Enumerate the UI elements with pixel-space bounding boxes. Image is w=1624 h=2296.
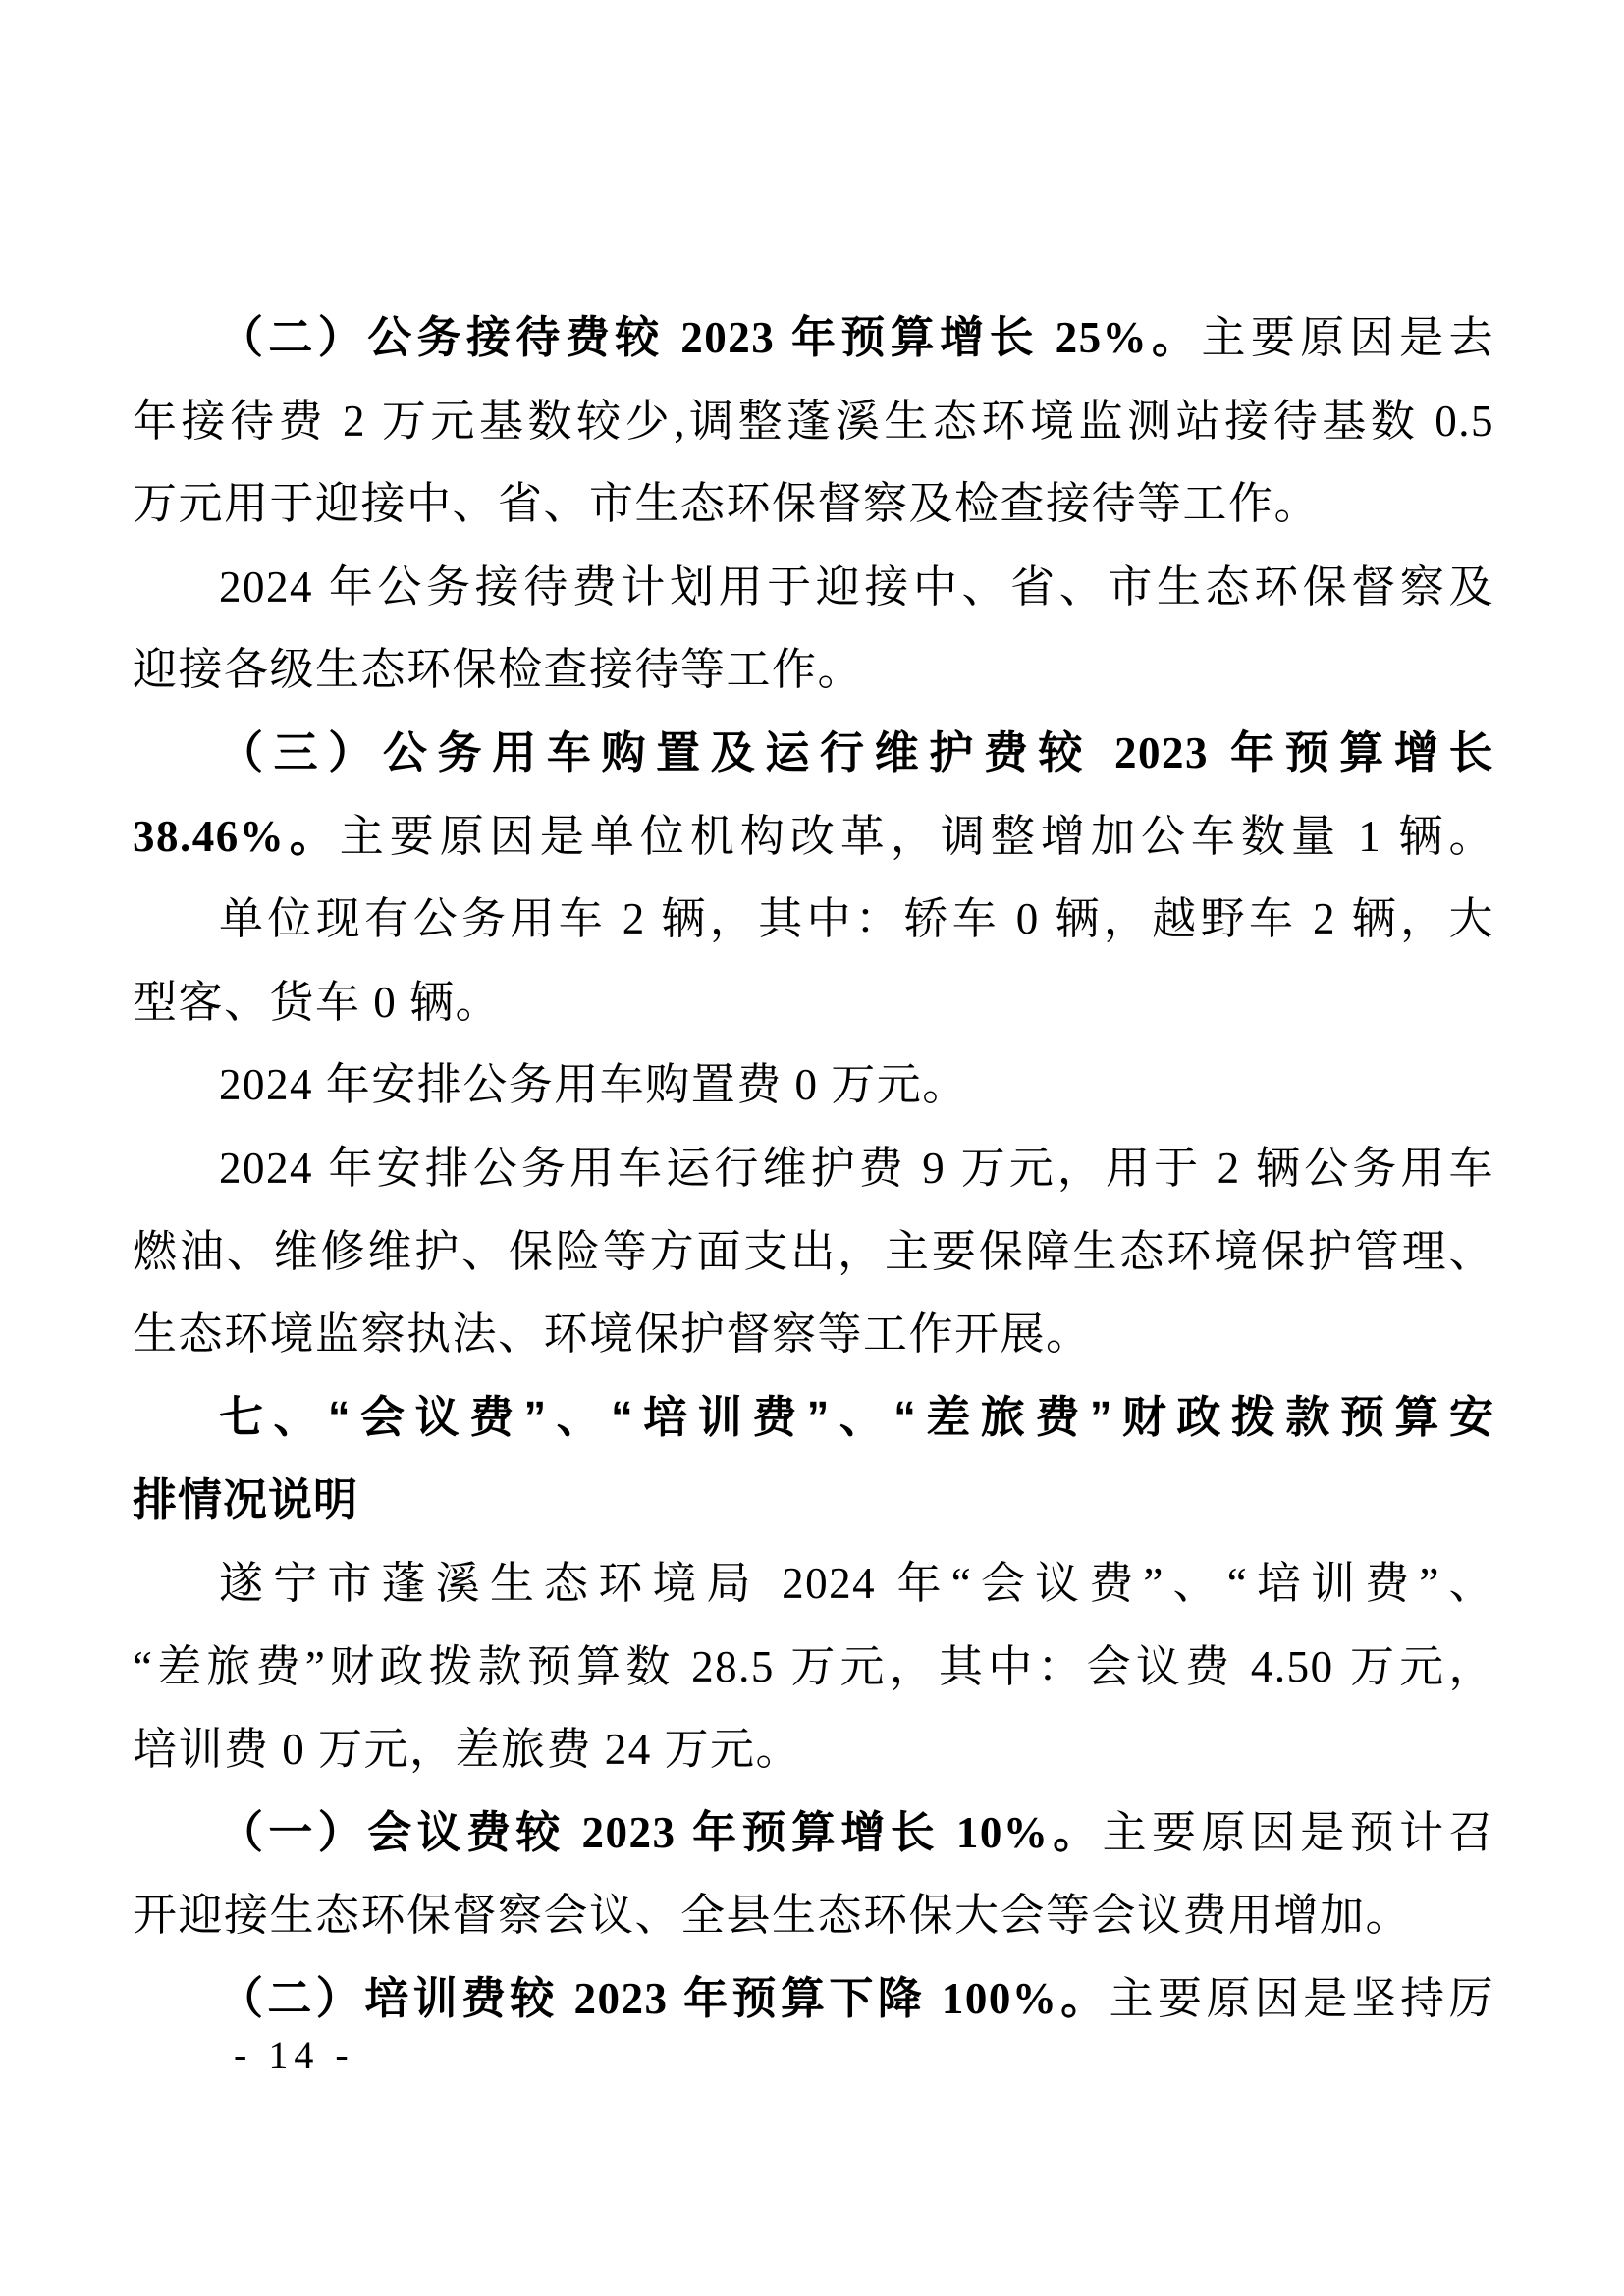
text-segment: （三）公务用车购置及运行维护费较 2023 年预算增长: [219, 728, 1494, 777]
text-line: 单位现有公务用车 2 辆，其中：轿车 0 辆，越野车 2 辆，大: [133, 878, 1494, 961]
text-segment: 主要原因是坚持厉: [1110, 1974, 1494, 2023]
text-line: 迎接各级生态环保检查接待等工作。: [133, 628, 1494, 712]
text-segment: 培训费 0 万元，差旅费 24 万元。: [133, 1725, 801, 1774]
text-line: 型客、货车 0 辆。: [133, 961, 1494, 1044]
text-line: 遂宁市蓬溪生态环境局 2024 年“会议费”、“培训费”、: [133, 1542, 1494, 1626]
text-line: 年接待费 2 万元基数较少,调整蓬溪生态环境监测站接待基数 0.5: [133, 380, 1494, 463]
text-segment: （一）会议费较 2023 年预算增长 10%。: [219, 1808, 1103, 1857]
text-line: 2024 年安排公务用车购置费 0 万元。: [133, 1043, 1494, 1127]
text-segment: 万元用于迎接中、省、市生态环保督察及检查接待等工作。: [133, 479, 1320, 528]
paragraph: （三）公务用车购置及运行维护费较 2023 年预算增长38.46%。主要原因是单…: [133, 712, 1494, 878]
text-segment: 生态环境监察执法、环境保护督察等工作开展。: [133, 1309, 1092, 1359]
paragraph: 2024 年公务接待费计划用于迎接中、省、市生态环保督察及迎接各级生态环保检查接…: [133, 546, 1494, 712]
text-segment: 遂宁市蓬溪生态环境局 2024 年“会议费”、“培训费”、: [219, 1559, 1494, 1608]
text-segment: 单位现有公务用车 2 辆，其中：轿车 0 辆，越野车 2 辆，大: [219, 894, 1494, 943]
text-line: 培训费 0 万元，差旅费 24 万元。: [133, 1708, 1494, 1791]
text-line: 38.46%。主要原因是单位机构改革，调整增加公车数量 1 辆。: [133, 795, 1494, 879]
paragraph: 单位现有公务用车 2 辆，其中：轿车 0 辆，越野车 2 辆，大型客、货车 0 …: [133, 878, 1494, 1043]
text-line: （三）公务用车购置及运行维护费较 2023 年预算增长: [133, 712, 1494, 795]
text-segment: 主要原因是去: [1201, 313, 1494, 362]
paragraph: 遂宁市蓬溪生态环境局 2024 年“会议费”、“培训费”、“差旅费”财政拨款预算…: [133, 1542, 1494, 1791]
page-number: - 14 -: [234, 2032, 354, 2078]
text-segment: 38.46%。: [133, 812, 340, 861]
text-segment: 开迎接生态环保督察会议、全县生态环保大会等会议费用增加。: [133, 1891, 1411, 1940]
text-line: “差旅费”财政拨款预算数 28.5 万元，其中：会议费 4.50 万元，: [133, 1626, 1494, 1709]
text-segment: 七、“会议费”、“培训费”、“差旅费”财政拨款预算安: [219, 1392, 1494, 1442]
text-segment: 主要原因是单位机构改革，调整增加公车数量 1 辆。: [340, 812, 1494, 861]
text-line: 开迎接生态环保督察会议、全县生态环保大会等会议费用增加。: [133, 1874, 1494, 1957]
text-line: 2024 年公务接待费计划用于迎接中、省、市生态环保督察及: [133, 546, 1494, 629]
paragraph: 2024 年安排公务用车运行维护费 9 万元，用于 2 辆公务用车燃油、维修维护…: [133, 1127, 1494, 1376]
text-segment: （二）培训费较 2023 年预算下降 100%。: [219, 1974, 1110, 2023]
text-segment: 2024 年安排公务用车运行维护费 9 万元，用于 2 辆公务用车: [219, 1144, 1494, 1193]
text-segment: （二）公务接待费较 2023 年预算增长 25%。: [219, 313, 1201, 362]
text-line: 生态环境监察执法、环境保护督察等工作开展。: [133, 1293, 1494, 1376]
text-segment: 2024 年安排公务用车购置费 0 万元。: [219, 1060, 968, 1109]
text-line: （二）公务接待费较 2023 年预算增长 25%。主要原因是去: [133, 296, 1494, 380]
text-segment: 年接待费 2 万元基数较少,调整蓬溪生态环境监测站接待基数 0.5: [133, 397, 1494, 446]
text-line: 万元用于迎接中、省、市生态环保督察及检查接待等工作。: [133, 462, 1494, 546]
text-segment: “差旅费”财政拨款预算数 28.5 万元，其中：会议费 4.50 万元，: [133, 1642, 1494, 1691]
document-content: （二）公务接待费较 2023 年预算增长 25%。主要原因是去年接待费 2 万元…: [133, 296, 1494, 2040]
text-line: 2024 年安排公务用车运行维护费 9 万元，用于 2 辆公务用车: [133, 1127, 1494, 1210]
text-segment: 2024 年公务接待费计划用于迎接中、省、市生态环保督察及: [219, 562, 1494, 612]
text-line: 排情况说明: [133, 1459, 1494, 1542]
text-line: 燃油、维修维护、保险等方面支出，主要保障生态环境保护管理、: [133, 1210, 1494, 1294]
text-segment: 排情况说明: [133, 1474, 358, 1524]
text-line: （二）培训费较 2023 年预算下降 100%。主要原因是坚持厉: [133, 1957, 1494, 2041]
text-segment: 主要原因是预计召: [1103, 1808, 1494, 1857]
paragraph: （一）会议费较 2023 年预算增长 10%。主要原因是预计召开迎接生态环保督察…: [133, 1791, 1494, 1957]
document-page: （二）公务接待费较 2023 年预算增长 25%。主要原因是去年接待费 2 万元…: [0, 0, 1624, 2296]
text-segment: 燃油、维修维护、保险等方面支出，主要保障生态环境保护管理、: [133, 1227, 1494, 1276]
text-line: 七、“会议费”、“培训费”、“差旅费”财政拨款预算安: [133, 1376, 1494, 1460]
text-segment: 迎接各级生态环保检查接待等工作。: [133, 645, 863, 694]
text-line: （一）会议费较 2023 年预算增长 10%。主要原因是预计召: [133, 1791, 1494, 1875]
paragraph: （二）培训费较 2023 年预算下降 100%。主要原因是坚持厉: [133, 1957, 1494, 2041]
paragraph: 2024 年安排公务用车购置费 0 万元。: [133, 1043, 1494, 1127]
paragraph: （二）公务接待费较 2023 年预算增长 25%。主要原因是去年接待费 2 万元…: [133, 296, 1494, 546]
section-heading: 七、“会议费”、“培训费”、“差旅费”财政拨款预算安排情况说明: [133, 1376, 1494, 1542]
text-segment: 型客、货车 0 辆。: [133, 978, 501, 1027]
